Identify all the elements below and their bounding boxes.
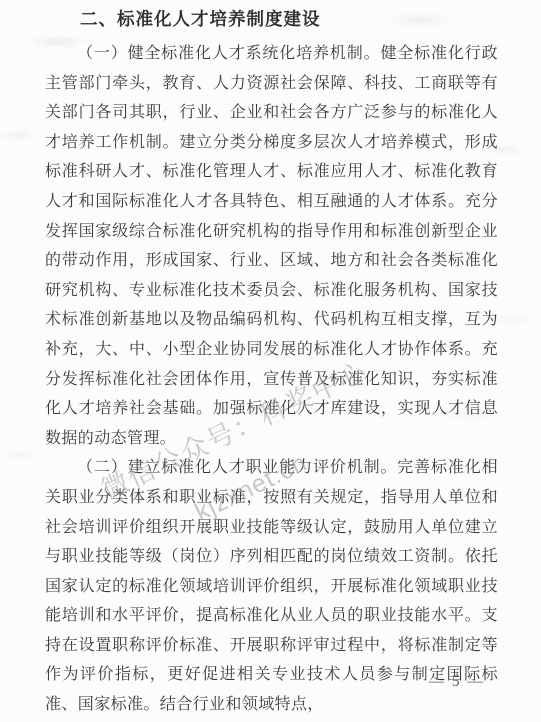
document-content: 二、标准化人才培养制度建设 （一）健全标准化人才系统化培养机制。健全标准化行政主… bbox=[45, 7, 498, 720]
page-number: — 5 — bbox=[429, 673, 486, 691]
paragraph-1: （一）健全标准化人才系统化培养机制。健全标准化行政主管部门牵头，教育、人力资源社… bbox=[45, 39, 498, 453]
document-page: 二、标准化人才培养制度建设 （一）健全标准化人才系统化培养机制。健全标准化行政主… bbox=[0, 0, 541, 722]
section-heading: 二、标准化人才培养制度建设 bbox=[45, 7, 498, 31]
